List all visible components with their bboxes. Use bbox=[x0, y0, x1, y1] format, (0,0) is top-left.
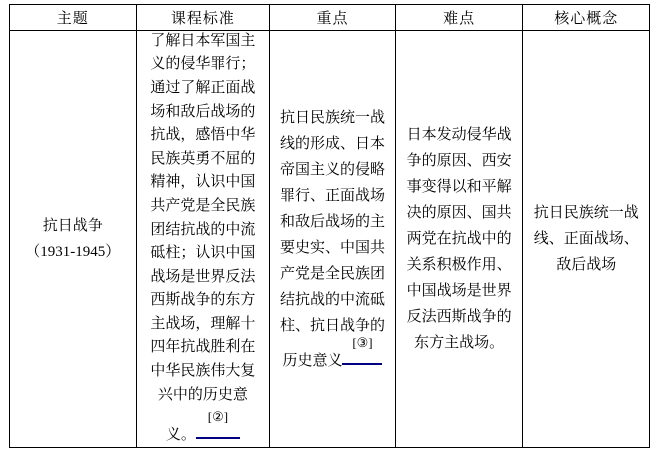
curriculum-standard-text: 了解日本军国主 义的侵华罪行； 通过了解正面战 场和敌后战场的 抗战，感悟中华 … bbox=[150, 31, 255, 407]
header-label-curriculum-standard: 课程标准 bbox=[171, 7, 235, 28]
lesson-plan-table: 主题 课程标准 重点 难点 核心概念 抗日战争 （1931-1945） 了解日本… bbox=[9, 4, 650, 448]
header-cell-key-points: 重点 bbox=[270, 5, 396, 31]
blank-underline: [③] bbox=[342, 351, 382, 365]
header-cell-topic: 主题 bbox=[10, 5, 137, 31]
key-points-last-line: 历史意义[③] bbox=[282, 348, 382, 374]
key-points-text: 抗日民族统一战 线的形成、日本 帝国主义的侵略 罪行、正面战场 和敌后战场的主 … bbox=[280, 105, 385, 339]
header-label-key-points: 重点 bbox=[316, 7, 348, 28]
cell-key-points: 抗日民族统一战 线的形成、日本 帝国主义的侵略 罪行、正面战场 和敌后战场的主 … bbox=[270, 31, 396, 447]
header-cell-curriculum-standard: 课程标准 bbox=[137, 5, 271, 31]
topic-text: 抗日战争 （1931-1945） bbox=[25, 213, 120, 265]
footnote-marker-2: [②] bbox=[208, 410, 228, 423]
header-cell-difficulties: 难点 bbox=[396, 5, 524, 31]
key-points-last-text: 历史意义 bbox=[282, 353, 342, 369]
core-concepts-text: 抗日民族统一战 线、正面战场、 敌后战场 bbox=[534, 200, 639, 278]
header-cell-core-concepts: 核心概念 bbox=[523, 5, 649, 31]
header-label-topic: 主题 bbox=[57, 7, 89, 28]
difficulties-text: 日本发动侵华战 争的原因、西安 事变得以和平解 决的原因、国共 两党在抗战中的 … bbox=[407, 122, 512, 356]
footnote-marker-3: [③] bbox=[352, 336, 372, 349]
curriculum-standard-last-text: 义。 bbox=[166, 427, 196, 443]
cell-curriculum-standard: 了解日本军国主 义的侵华罪行； 通过了解正面战 场和敌后战场的 抗战，感悟中华 … bbox=[137, 31, 271, 447]
blank-underline: [②] bbox=[196, 425, 240, 439]
curriculum-standard-last-line: 义。[②] bbox=[166, 422, 240, 447]
header-label-difficulties: 难点 bbox=[443, 7, 475, 28]
header-label-core-concepts: 核心概念 bbox=[554, 7, 618, 28]
cell-difficulties: 日本发动侵华战 争的原因、西安 事变得以和平解 决的原因、国共 两党在抗战中的 … bbox=[396, 31, 524, 447]
cell-topic: 抗日战争 （1931-1945） bbox=[10, 31, 137, 447]
cell-core-concepts: 抗日民族统一战 线、正面战场、 敌后战场 bbox=[523, 31, 649, 447]
